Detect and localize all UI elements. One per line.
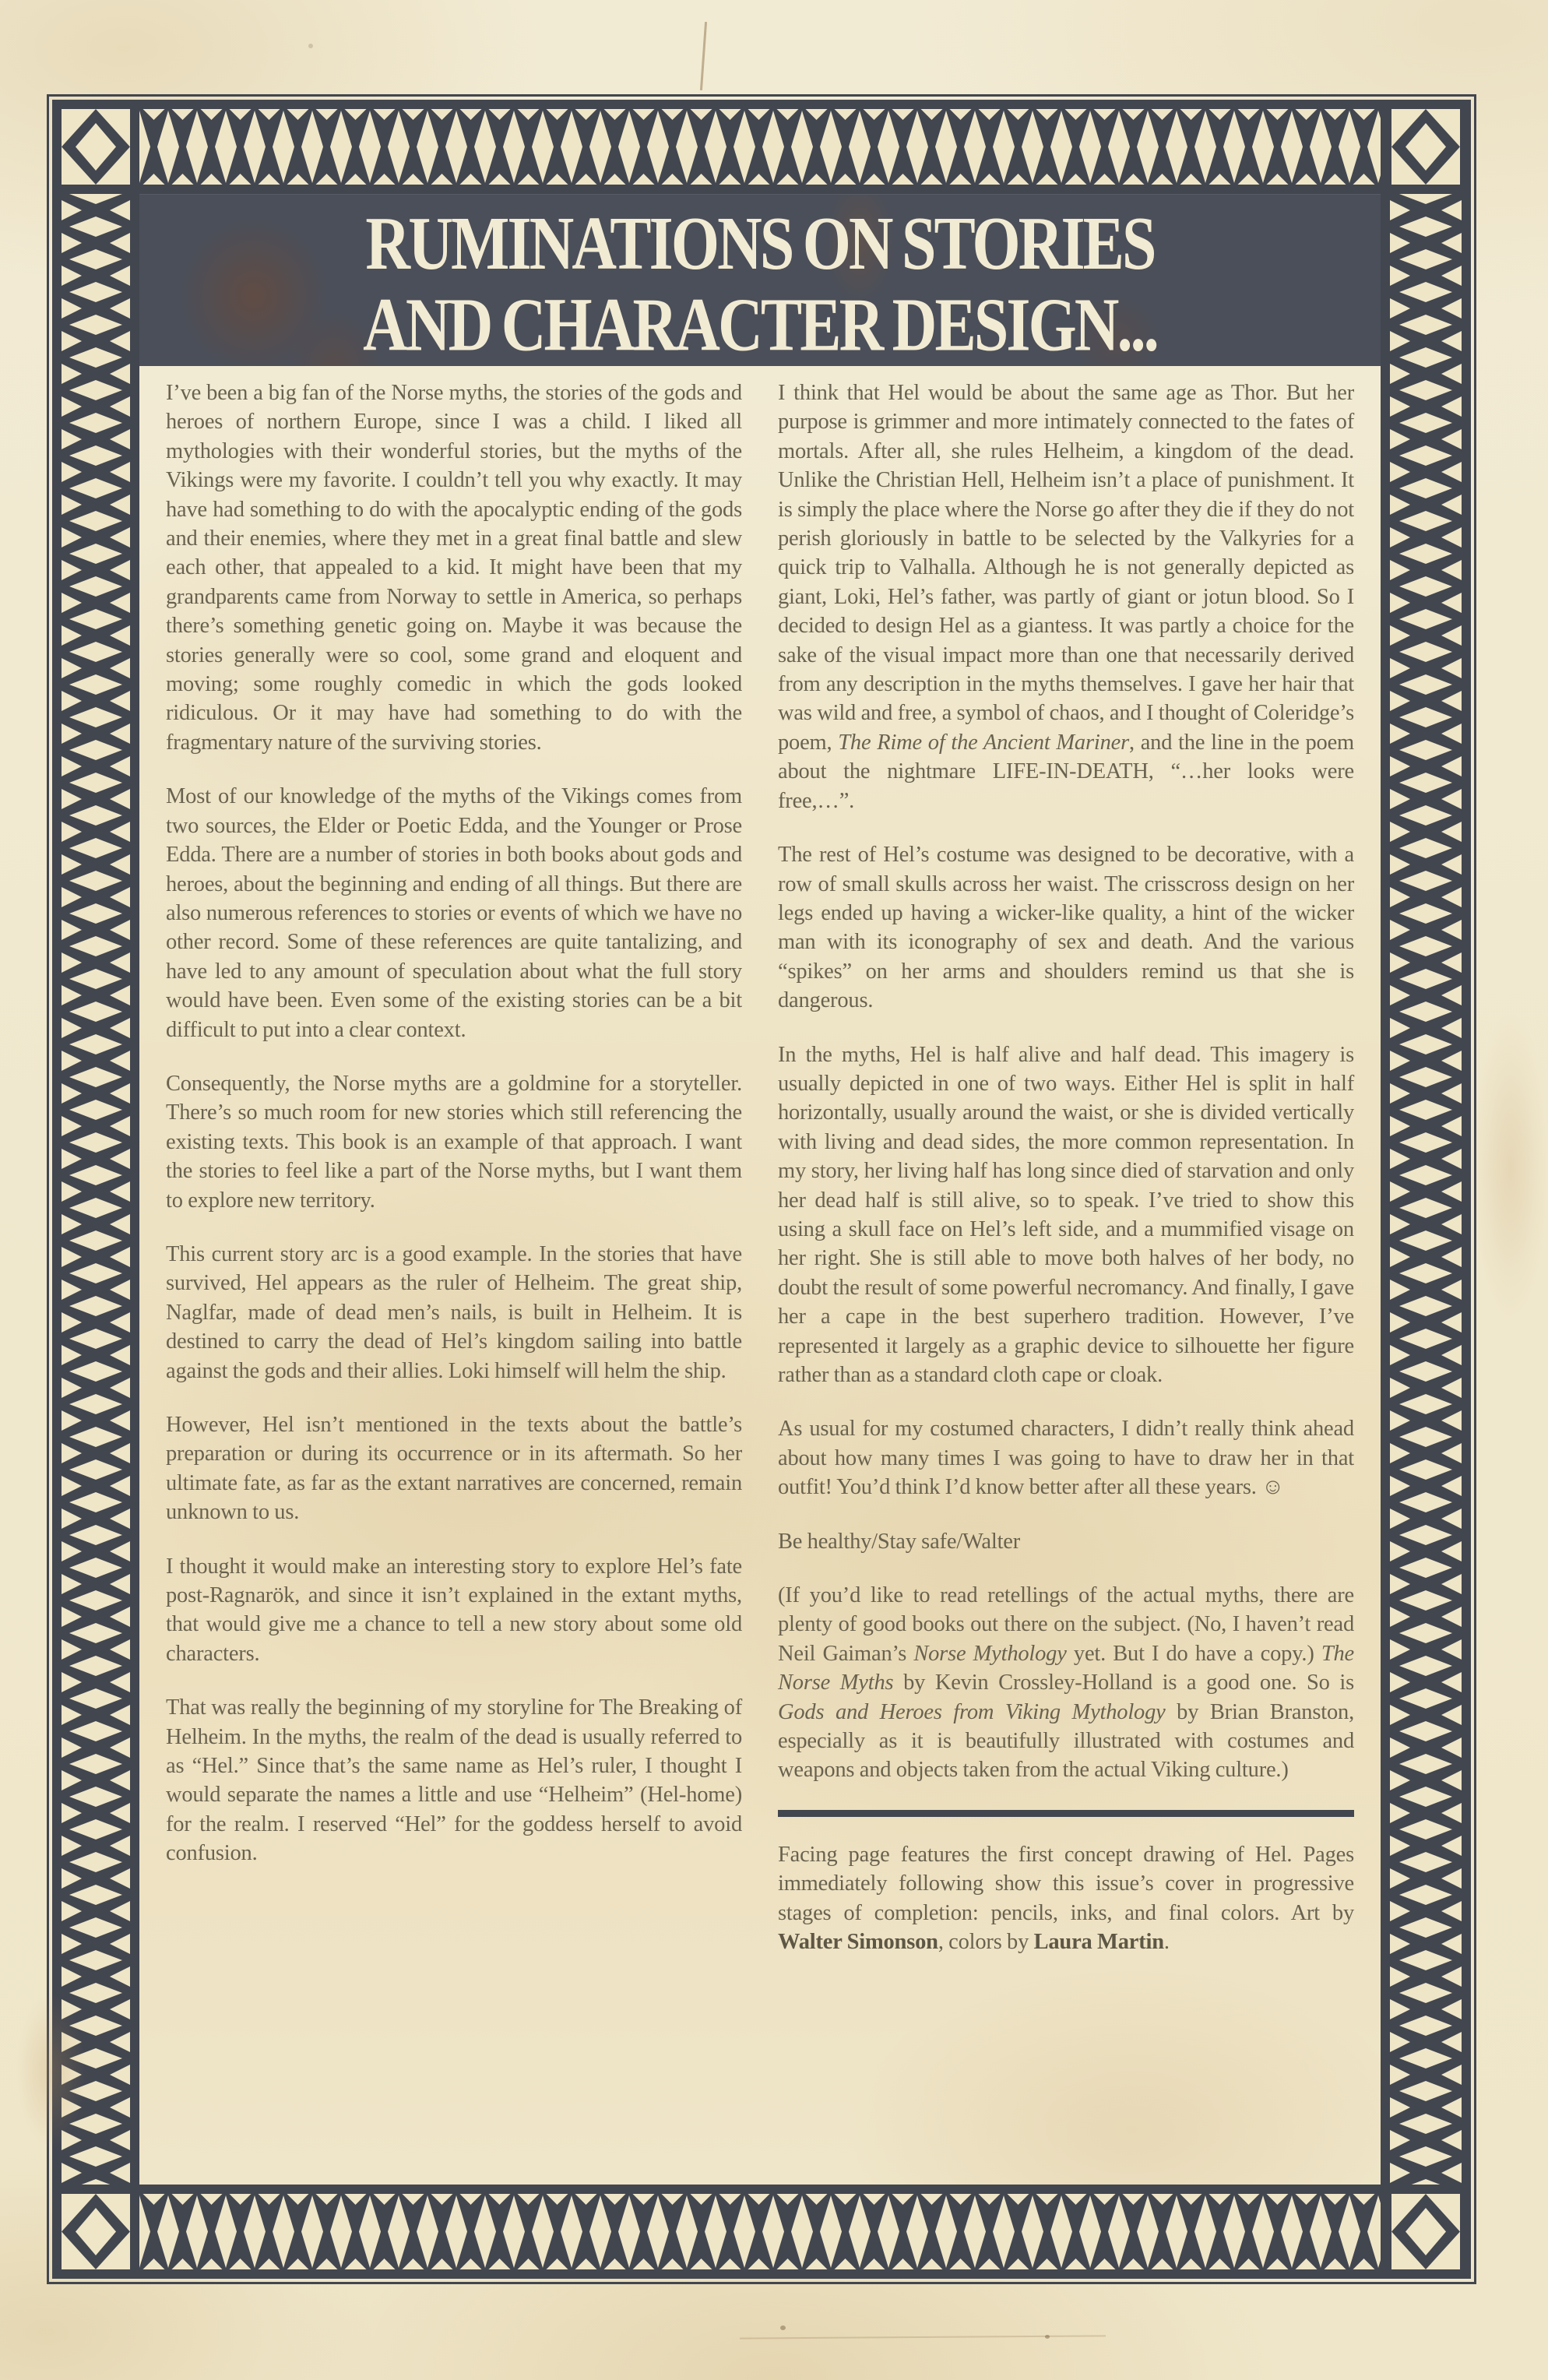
text-segment: Facing page features the first concept d…: [778, 1843, 1354, 1925]
text-segment: Gods and Heroes from Viking Mythology: [778, 1700, 1166, 1724]
paragraph: I’ve been a big fan of the Norse myths, …: [166, 378, 742, 757]
column-right: I think that Hel would be about the same…: [778, 378, 1354, 2185]
paragraph: That was really the beginning of my stor…: [166, 1693, 742, 1868]
paper-stain: [1472, 1012, 1548, 1324]
text-segment: , colors by: [938, 1930, 1034, 1954]
column-left: I’ve been a big fan of the Norse myths, …: [166, 378, 742, 2185]
paragraph: The rest of Hel’s costume was designed t…: [778, 840, 1354, 1015]
text-segment: .: [1164, 1930, 1170, 1954]
paragraph: However, Hel isn’t mentioned in the text…: [166, 1410, 742, 1527]
article-content: I’ve been a big fan of the Norse myths, …: [139, 366, 1381, 2185]
text-segment: I thought it would make an interesting s…: [166, 1554, 742, 1666]
page-title-line-1: RUMINATIONS ON STORIES: [171, 204, 1349, 285]
border-grid: RUMINATIONS ON STORIES AND CHARACTER DES…: [52, 100, 1471, 2279]
lattice-border-left: [52, 194, 139, 2185]
lattice-border-right: [1381, 194, 1471, 2185]
text-segment: Be healthy/Stay safe/Walter: [778, 1530, 1020, 1554]
parchment-page: RUMINATIONS ON STORIES AND CHARACTER DES…: [0, 0, 1548, 2380]
paper-speck: [1045, 2335, 1050, 2339]
text-segment: This current story arc is a good example…: [166, 1242, 742, 1383]
paper-scratch: [740, 2335, 1106, 2339]
text-segment: However, Hel isn’t mentioned in the text…: [166, 1413, 742, 1524]
paragraph: As usual for my costumed characters, I d…: [778, 1414, 1354, 1502]
text-segment: That was really the beginning of my stor…: [166, 1695, 742, 1865]
paper-speck: [308, 44, 313, 48]
decorative-border-frame: RUMINATIONS ON STORIES AND CHARACTER DES…: [47, 94, 1476, 2284]
title-text: RUMINATIONS ON STORIES AND CHARACTER DES…: [171, 195, 1349, 366]
paragraph: I think that Hel would be about the same…: [778, 378, 1354, 815]
text-segment: Most of our knowledge of the myths of th…: [166, 784, 742, 1041]
text-segment: Walter Simonson: [778, 1930, 938, 1954]
paragraph: (If you’d like to read retellings of the…: [778, 1581, 1354, 1785]
paragraph: I thought it would make an interesting s…: [166, 1552, 742, 1669]
paragraph: This current story arc is a good example…: [166, 1240, 742, 1385]
page-title-line-2: AND CHARACTER DESIGN...: [171, 285, 1349, 366]
text-segment: yet. But I do have a copy.): [1067, 1642, 1321, 1666]
section-divider: [778, 1810, 1354, 1817]
lattice-border-top: [139, 100, 1381, 194]
text-segment: Norse Mythology: [913, 1642, 1066, 1666]
text-segment: I think that Hel would be about the same…: [778, 381, 1354, 755]
corner-diamond-ornament-bottom-left: [52, 2185, 139, 2279]
paper-speck: [780, 2325, 786, 2330]
text-segment: The rest of Hel’s costume was designed t…: [778, 843, 1354, 1012]
text-segment: The Rime of the Ancient Mariner: [838, 731, 1129, 755]
paragraph: Consequently, the Norse myths are a gold…: [166, 1069, 742, 1215]
paragraph: Most of our knowledge of the myths of th…: [166, 782, 742, 1044]
corner-diamond-ornament-top-left: [52, 100, 139, 194]
text-segment: In the myths, Hel is half alive and half…: [778, 1043, 1354, 1387]
paragraph: In the myths, Hel is half alive and half…: [778, 1040, 1354, 1390]
paragraph: Facing page features the first concept d…: [778, 1840, 1354, 1957]
text-segment: by Kevin Crossley-Holland is a good one.…: [893, 1671, 1354, 1695]
text-segment: I’ve been a big fan of the Norse myths, …: [166, 381, 742, 755]
text-segment: Consequently, the Norse myths are a gold…: [166, 1072, 742, 1213]
page-body: RUMINATIONS ON STORIES AND CHARACTER DES…: [139, 194, 1381, 2185]
title-banner: RUMINATIONS ON STORIES AND CHARACTER DES…: [139, 194, 1381, 366]
lattice-border-bottom: [139, 2185, 1381, 2279]
corner-diamond-ornament-top-right: [1381, 100, 1471, 194]
text-segment: As usual for my costumed characters, I d…: [778, 1417, 1354, 1499]
paper-scratch: [700, 22, 707, 90]
paragraph: Be healthy/Stay safe/Walter: [778, 1527, 1354, 1556]
text-segment: Laura Martin: [1034, 1930, 1164, 1954]
corner-diamond-ornament-bottom-right: [1381, 2185, 1471, 2279]
